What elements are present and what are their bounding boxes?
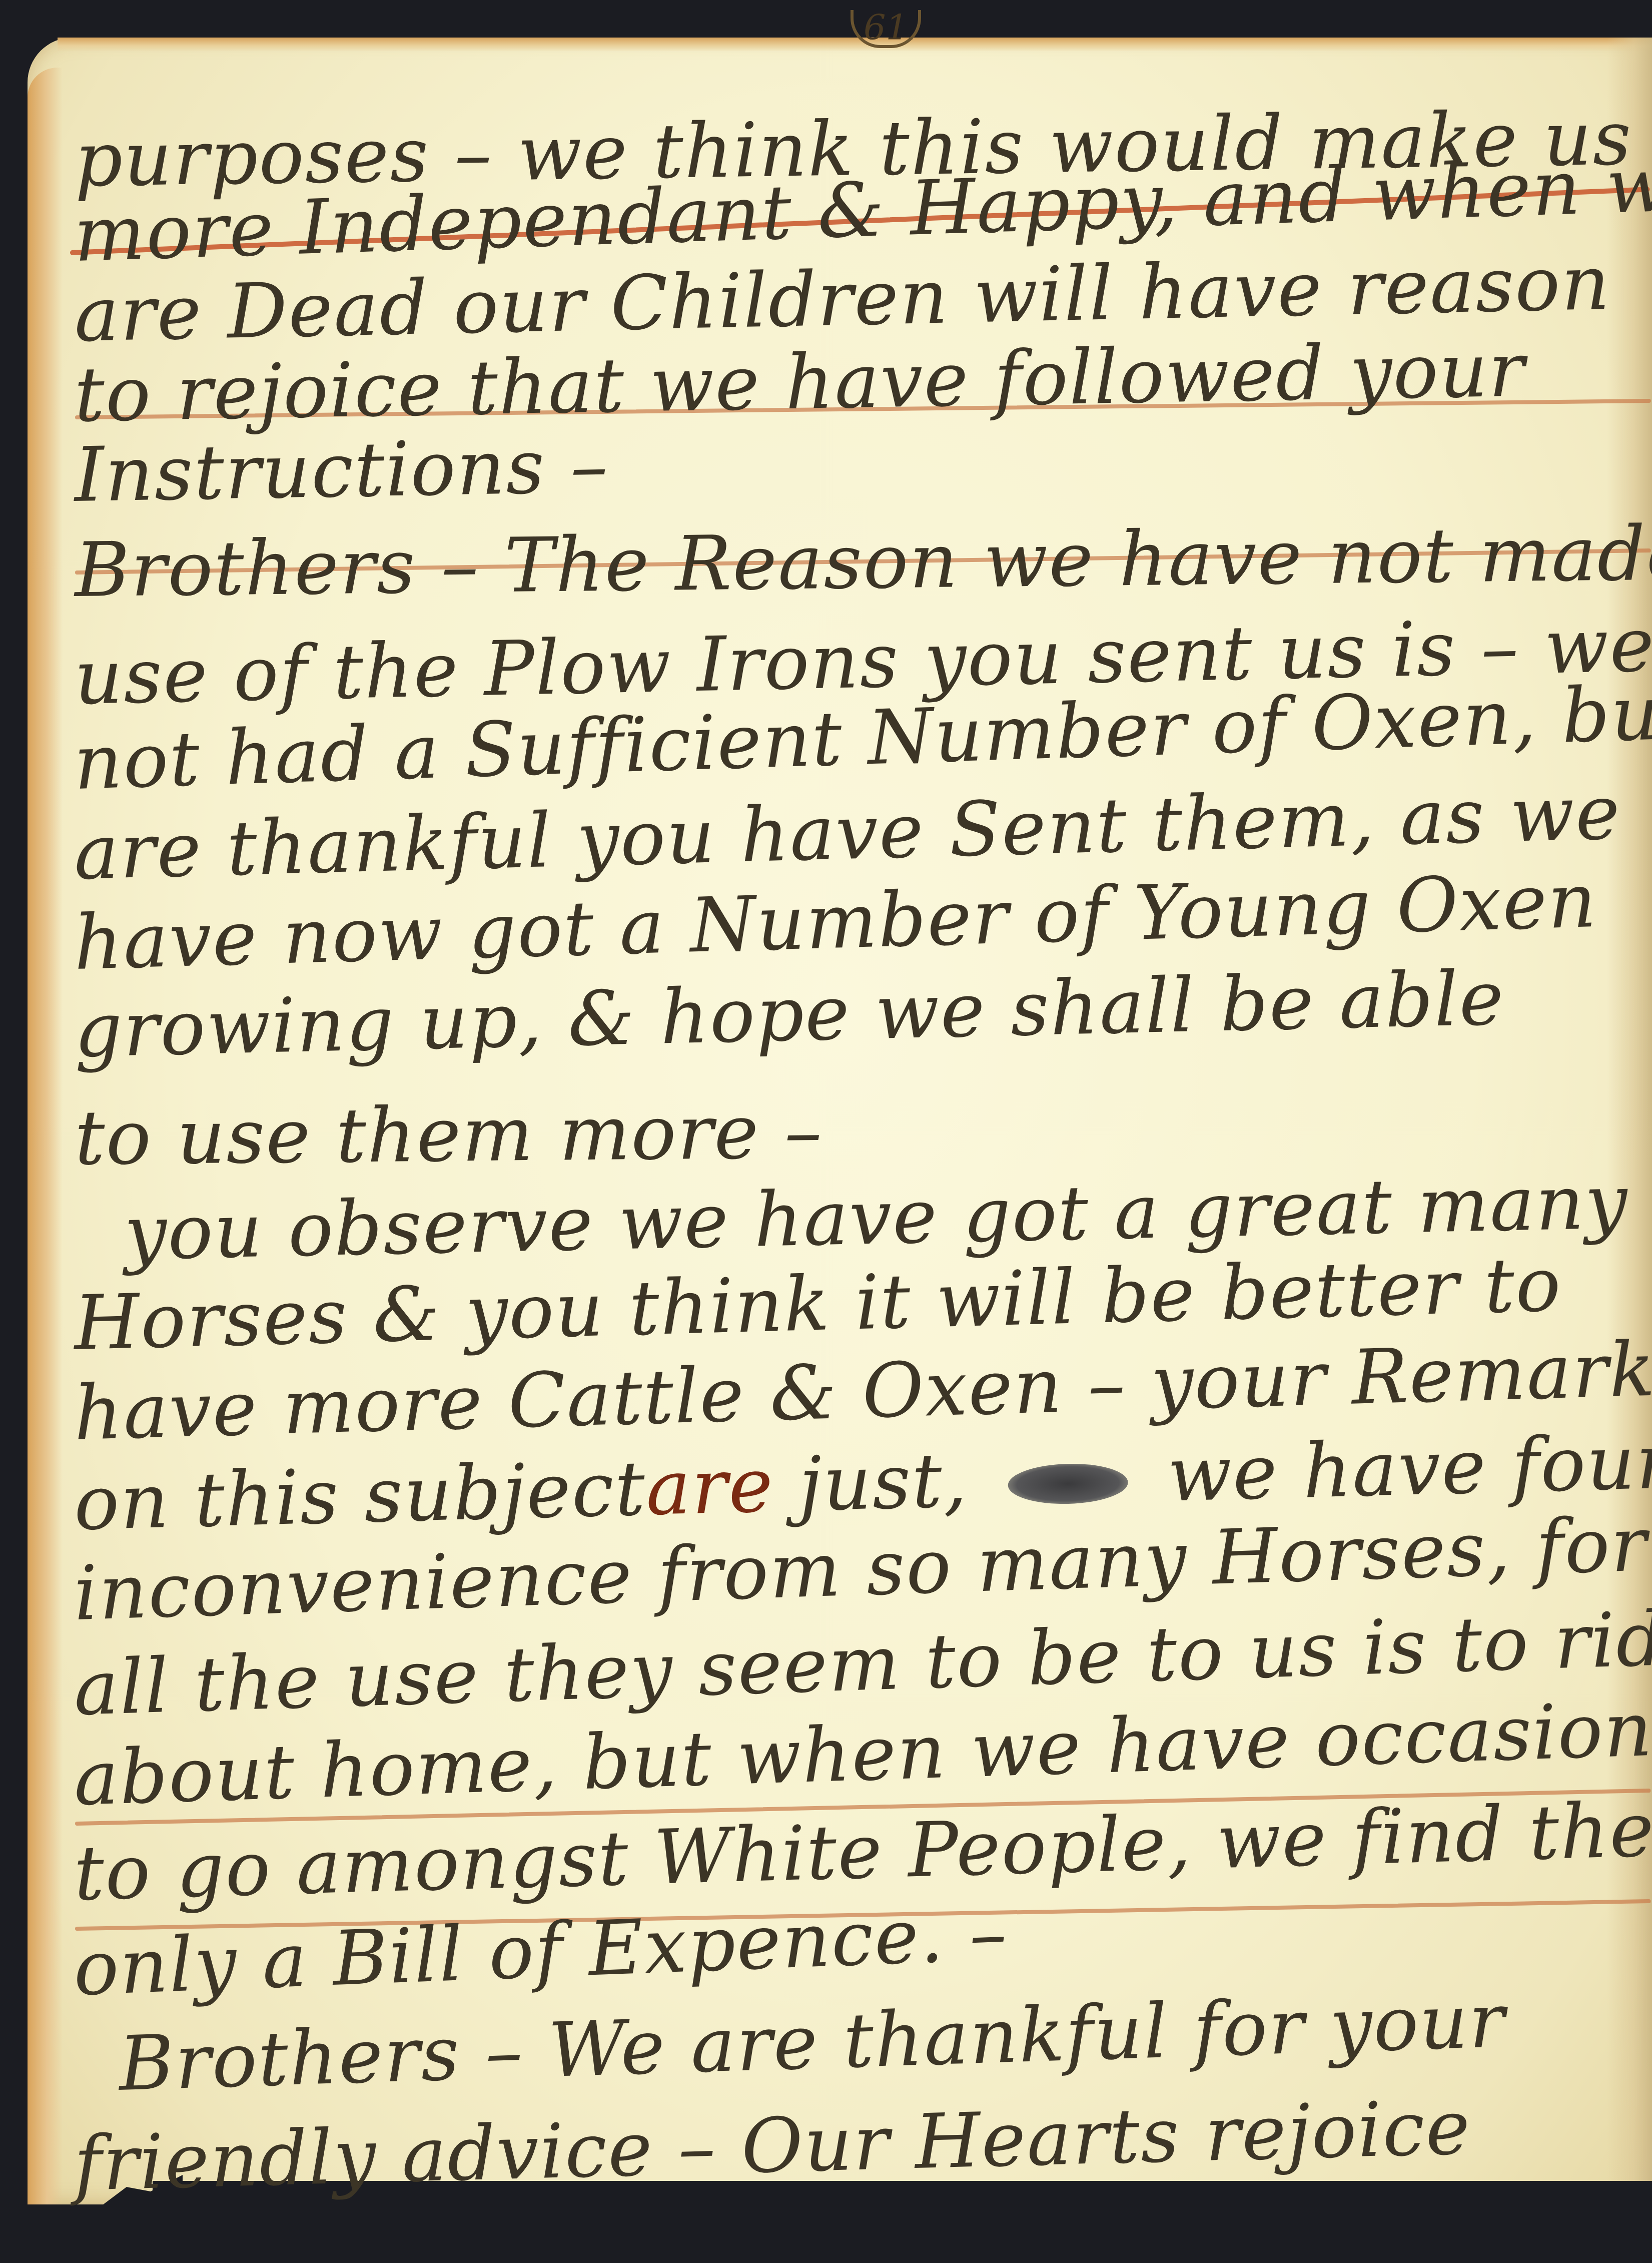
page-edge-left [28,68,63,2204]
text-line: to use them more – [75,1094,823,1176]
text-fragment: just, [797,1437,969,1528]
text-fragment: on this subject [73,1445,647,1547]
gutter-shadow [1607,38,1652,2204]
correction-insertion: are [645,1442,775,1532]
text-line: Instructions – [74,428,609,513]
text-line: Brothers – The Reason we have not made m… [74,513,1652,608]
page-edge-top [58,38,1652,52]
ink-blot [1007,1462,1128,1505]
